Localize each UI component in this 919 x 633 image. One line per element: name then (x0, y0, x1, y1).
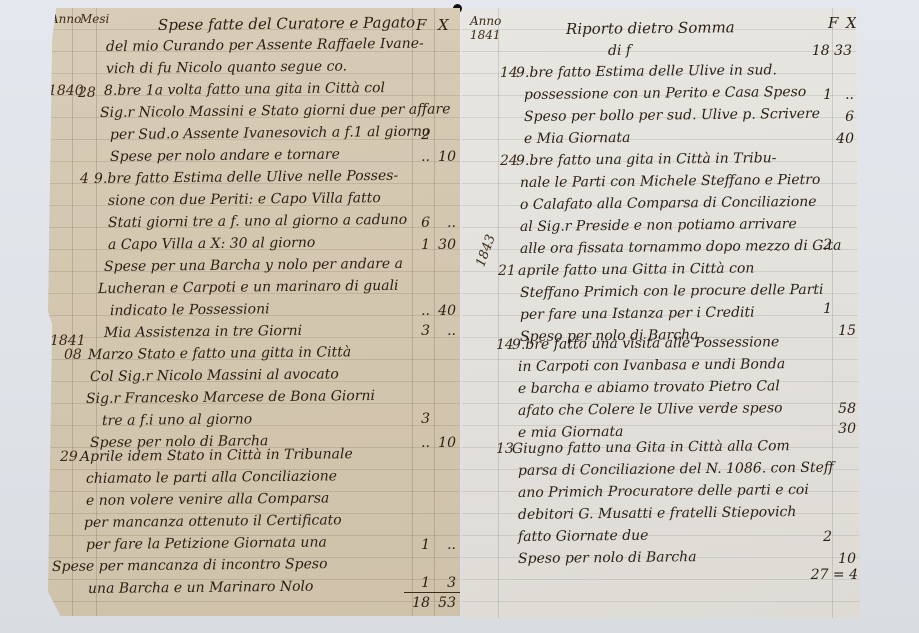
entry-line: possessione con un Perito e Casa Speso (524, 81, 806, 106)
total-x: 53 (434, 592, 456, 614)
entry-line: fatto Giornate due (518, 525, 649, 548)
amount-f: .. (414, 146, 430, 168)
header-line: di f (608, 40, 631, 62)
entry-line: Col Sig.r Nicolo Massini al avocato (90, 363, 339, 388)
entry-line: debitori G. Musatti e fratelli Stiepovic… (518, 501, 797, 526)
entry-line: o Calafato alla Comparsa di Conciliazion… (520, 191, 817, 216)
ledger-page-right: Anno 1841 F X Riporto dietro Somma di f … (462, 8, 860, 618)
entry-line: Steffano Primich con le procure delle Pa… (520, 279, 824, 304)
entry-line: Marzo Stato e fatto una gitta in Città (88, 341, 351, 366)
amount-f: 2 (802, 526, 832, 548)
entry-line: Lucheran e Carpoti e un marinaro di gual… (98, 275, 399, 300)
amount-f: 3 (414, 320, 430, 342)
amount-x: 30 (436, 234, 456, 256)
header-line: del mio Curando per Assente Raffaele Iva… (106, 33, 424, 58)
entry-line: in Carpoti con Ivanbasa e undi Bonda (518, 353, 785, 378)
entry-line: Spese per nolo andare e tornare (110, 144, 340, 168)
amount-x: .. (436, 534, 456, 556)
entry-line: afato che Colere le Ulive verde speso (518, 397, 783, 422)
column-head-f: F (828, 14, 838, 32)
entry-line: 8.bre 1a volta fatto una gita in Città c… (104, 77, 385, 102)
entry-line: Giugno fatto una Gita in Città alla Com (512, 435, 790, 460)
column-head-x: X (846, 14, 857, 32)
column-rule (832, 8, 833, 618)
amount-x: 6 (834, 106, 854, 128)
entry-line: e non volere venire alla Comparsa (86, 487, 330, 512)
amount-f: 2 (802, 234, 832, 256)
entry-line: per fare una Istanza per i Crediti (520, 302, 755, 326)
entry-line: una Barcha e un Marinaro Nolo (88, 576, 314, 600)
entry-line: a Capo Villa a X: 30 al giorno (108, 232, 315, 256)
entry-line: chiamato le parti alla Conciliazione (86, 465, 337, 490)
entry-line: 9.bre fatto Estima delle Ulive nelle Pos… (94, 165, 398, 190)
amount-f: .. (414, 432, 430, 454)
entry-day: 28 (78, 86, 96, 100)
amount-x: 10 (436, 432, 456, 454)
entry-line: aprile fatto una Gitta in Città con (518, 258, 755, 282)
entry-line: per Sud.o Assente Ivanesovich a f.1 al g… (110, 121, 431, 146)
entry-line: e Mia Giornata (524, 127, 631, 150)
amount-x: 3 (436, 572, 456, 594)
column-head-x: X (438, 16, 449, 34)
amount-f: 1 (802, 298, 832, 320)
total-f: 18 (408, 592, 430, 614)
amount-f: 1 (414, 534, 430, 556)
entry-line: Speso per bollo per sud. Ulive p. Scrive… (524, 103, 820, 128)
entry-line: alle ora fissata tornammo dopo mezzo di … (520, 235, 842, 260)
entry-line: indicato le Possessioni (110, 298, 270, 322)
amount-f: 3 (414, 408, 430, 430)
corner-mark-year: Anno (50, 12, 81, 26)
entry-line: Stati giorni tre a f. uno al giorno a ca… (108, 209, 407, 234)
amount-x: 15 (834, 320, 856, 342)
entry-year: 1843 (474, 233, 498, 269)
amount-f: 6 (414, 212, 430, 234)
entry-line: Spese per una Barcha y nolo per andare a (104, 253, 403, 278)
amount-f: 2 (414, 124, 430, 146)
entry-line: sione con due Periti: e Capo Villa fatto (108, 187, 381, 212)
amount-x: .. (436, 212, 456, 234)
entry-day: 08 (64, 348, 82, 362)
amount-x: 10 (436, 146, 456, 168)
amount-x: 40 (436, 300, 456, 322)
entry-line: al Sig.r Preside e non potiamo arrivare (520, 213, 797, 238)
margin-rule (498, 8, 499, 618)
entry-year: 1841 (50, 334, 86, 348)
entry-line: e barcha e abiamo trovato Pietro Cal (518, 375, 780, 400)
amount-f: .. (414, 300, 430, 322)
carried-forward-amount: 18 33 (802, 40, 852, 62)
header-line: Riporto dietro Somma (566, 16, 735, 40)
entry-line: Mia Assistenza in tre Giorni (104, 320, 302, 344)
ledger-page-left: Anno Mesi F X Spese fatte del Curatore e… (48, 8, 460, 616)
entry-day: 29 (60, 450, 78, 464)
amount-f: 1 (414, 572, 430, 594)
amount-x: 58 (834, 398, 856, 420)
corner-mark-year: Anno (470, 14, 501, 28)
entry-line: ano Primich Procuratore delle parti e co… (518, 479, 809, 504)
entry-line: tre a f.i uno al giorno (102, 408, 252, 432)
corner-mark-month: Mesi (80, 12, 109, 26)
entry-line: per mancanza ottenuto il Certificato (84, 509, 342, 534)
amount-x: 30 (834, 418, 856, 440)
column-head-f: F (416, 16, 426, 34)
entry-line: Speso per nolo di Barcha (518, 546, 697, 570)
amount-f: 1 (414, 234, 430, 256)
entry-line: 9.bre fatto una visita alle Possessione (512, 331, 779, 356)
amount-x: 40 (834, 128, 854, 150)
amount-x: .. (436, 320, 456, 342)
amount-x: .. (834, 84, 854, 106)
entry-line: Aprile idem Stato in Città in Tribunale (80, 443, 353, 468)
entry-line: nale le Parti con Michele Steffano e Pie… (520, 169, 821, 194)
entry-line: per fare la Petizione Giornata una (86, 531, 327, 556)
entry-line: Spese per mancanza di incontro Speso (52, 553, 328, 578)
margin-rule (72, 8, 73, 616)
entry-line: Sig.r Francesko Marcese de Bona Giorni (86, 385, 375, 410)
entry-day: 4 (80, 172, 89, 186)
total-amount: 27 = 4 (792, 564, 858, 586)
entry-line: 9.bre fatto una gita in Città in Tribu- (516, 147, 777, 172)
corner-mark-year-value: 1841 (470, 28, 501, 42)
header-line: vich di fu Nicolo quanto segue co. (106, 55, 347, 80)
entry-line: 9.bre fatto Estima delle Ulive in sud. (516, 59, 777, 84)
entry-day: 21 (498, 264, 516, 278)
